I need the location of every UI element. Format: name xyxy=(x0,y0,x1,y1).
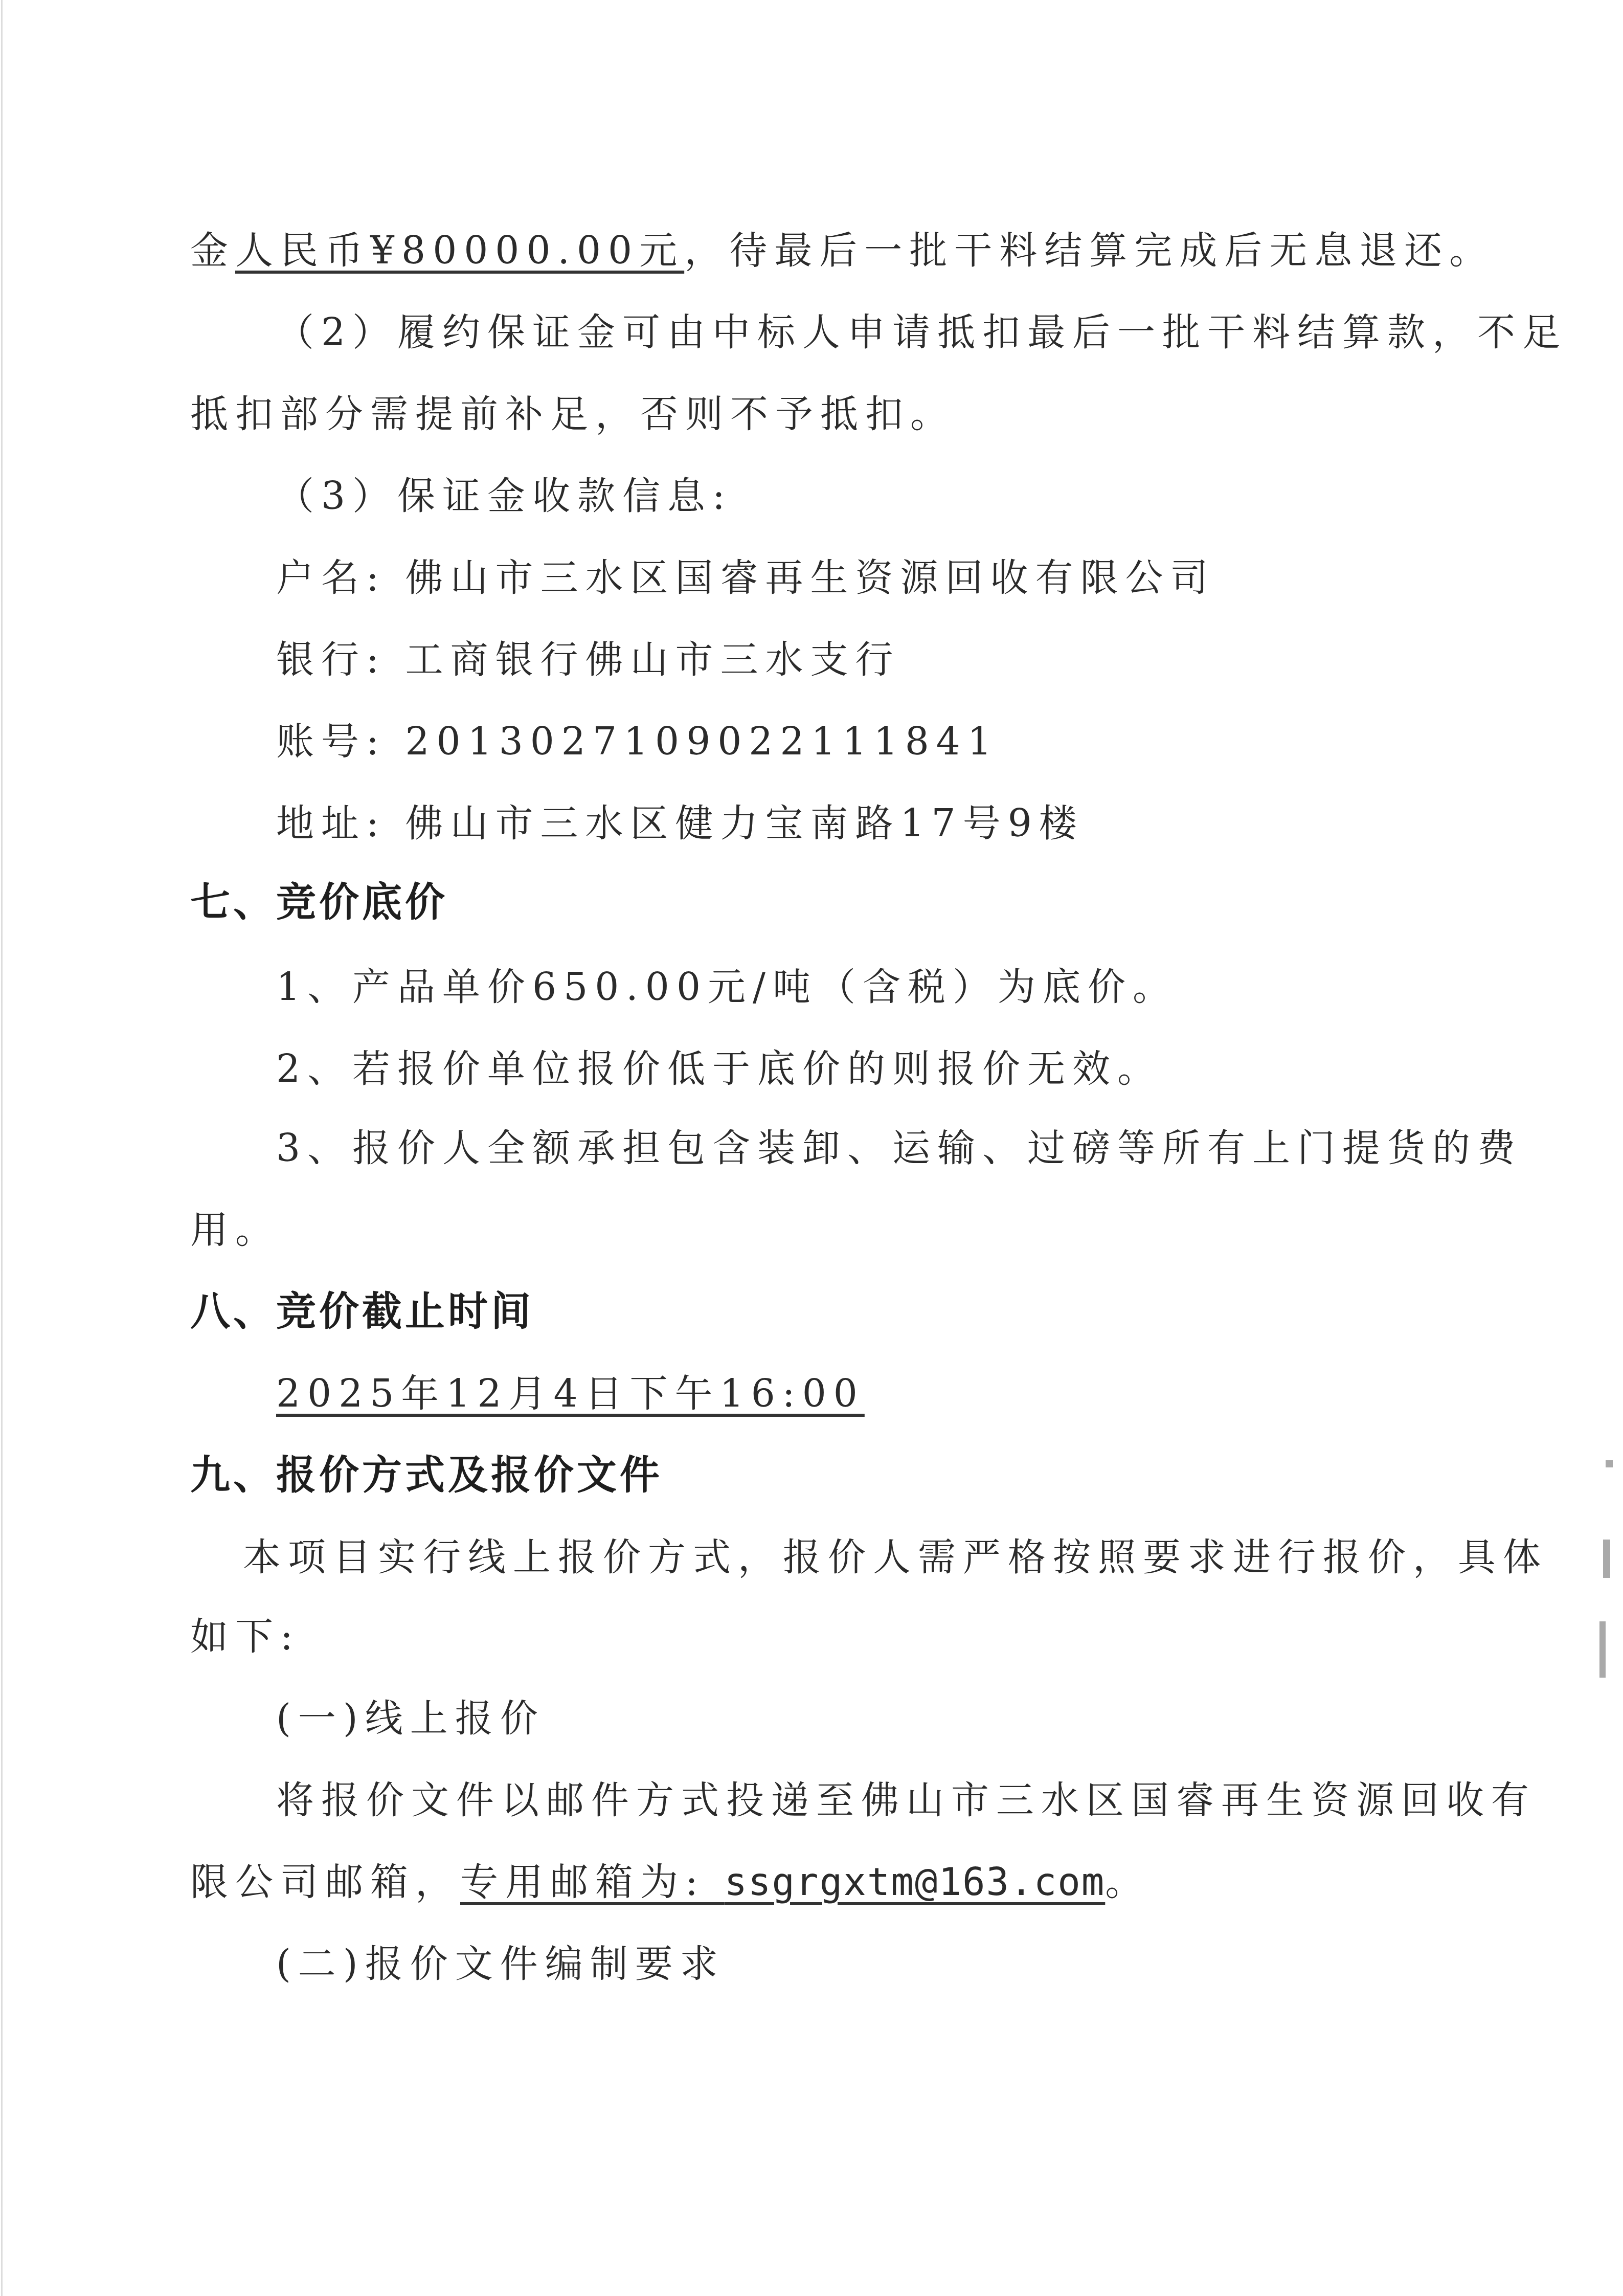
account-number-label: 账号: xyxy=(276,720,405,764)
deposit-offset-line-2: 抵扣部分需提前补足，否则不予抵扣。 xyxy=(190,389,955,440)
quote-method-intro-line-1: 本项目实行线上报价方式，报价人需严格按照要求进行报价，具体 xyxy=(243,1532,1548,1583)
quote-document-requirements-subheading: (二)报价文件编制要求 xyxy=(276,1938,725,1990)
account-number-line: 账号: 2013027109022111841 xyxy=(276,716,999,767)
deposit-offset-line-1: （2）履约保证金可由中标人申请抵扣最后一批干料结算款，不足 xyxy=(276,307,1567,358)
deadline-line: 2025年12月4日下午16:00 xyxy=(276,1368,865,1419)
reserve-price-item-1: 1、产品单价650.00元/吨（含税）为底价。 xyxy=(276,962,1178,1013)
deadline: 2025年12月4日下午16:00 xyxy=(276,1372,865,1416)
section-9-heading: 九、报价方式及报价文件 xyxy=(190,1450,663,1501)
deposit-amount: 人民币¥80000.00元 xyxy=(235,229,684,273)
quote-method-intro-line-2: 如下: xyxy=(190,1611,300,1662)
online-quote-line-2: 限公司邮箱，专用邮箱为: ssgrgxtm@163.com。 xyxy=(190,1857,1150,1908)
account-name: 佛山市三水区国睿再生资源回收有限公司 xyxy=(405,556,1215,600)
deposit-return-line: 金人民币¥80000.00元，待最后一批干料结算完成后无息退还。 xyxy=(190,225,1494,276)
dedicated-email[interactable]: 专用邮箱为: ssgrgxtm@163.com xyxy=(460,1860,1105,1904)
deposit-receipt-title: （3）保证金收款信息: xyxy=(276,471,732,522)
reserve-price-item-2: 2、若报价单位报价低于底价的则报价无效。 xyxy=(276,1043,1162,1095)
bank-label: 银行: xyxy=(276,638,405,682)
email-address[interactable]: ssgrgxtm@163.com xyxy=(724,1860,1105,1904)
online-quote-subheading: (一)线上报价 xyxy=(276,1693,545,1744)
section-7-heading: 七、竞价底价 xyxy=(190,877,448,928)
account-number: 2013027109022111841 xyxy=(405,720,999,764)
reserve-price-item-3-line-1: 3、报价人全额承担包含装卸、运输、过磅等所有上门提货的费 xyxy=(276,1123,1522,1174)
bank-name: 工商银行佛山市三水支行 xyxy=(405,638,900,682)
address-label: 地址: xyxy=(276,801,405,845)
reserve-price-item-3-line-2: 用。 xyxy=(190,1205,280,1256)
bank-line: 银行: 工商银行佛山市三水支行 xyxy=(276,634,900,685)
section-8-heading: 八、竞价截止时间 xyxy=(190,1286,534,1338)
account-name-line: 户名: 佛山市三水区国睿再生资源回收有限公司 xyxy=(276,552,1215,604)
document-page: 金人民币¥80000.00元，待最后一批干料结算完成后无息退还。 （2）履约保证… xyxy=(0,0,1623,2296)
address-line: 地址: 佛山市三水区健力宝南路17号9楼 xyxy=(276,798,1084,849)
account-name-label: 户名: xyxy=(276,556,405,600)
address: 佛山市三水区健力宝南路17号9楼 xyxy=(405,801,1084,845)
email-label: 专用邮箱为: xyxy=(460,1860,724,1904)
online-quote-line-1: 将报价文件以邮件方式投递至佛山市三水区国睿再生资源回收有 xyxy=(276,1775,1536,1826)
